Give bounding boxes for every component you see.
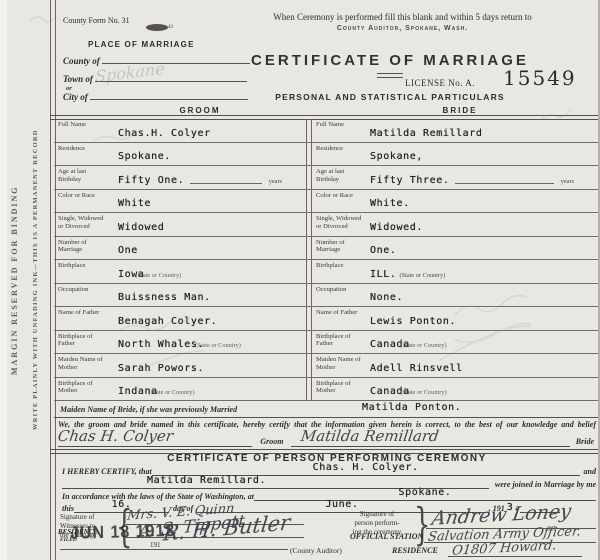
- groom-value: Widowed: [104, 213, 306, 236]
- bride-value: White.: [362, 190, 598, 213]
- year-blank: 191: [150, 541, 161, 549]
- table-row-occupation: Occupation Buissness Man. Occupation Non…: [54, 284, 598, 308]
- table-row-marriage-number: Number of Marriage One Number of Marriag…: [54, 237, 598, 261]
- place-of-marriage-heading: PLACE OF MARRIAGE: [88, 40, 195, 49]
- row-label: Number of Marriage: [312, 237, 362, 260]
- bride-signature-label: Bride: [570, 437, 596, 447]
- row-label: Single, Widowed or Divorced: [54, 213, 104, 236]
- official-station-label: OFFICIAL STATION: [350, 532, 423, 541]
- row-label: Residence: [54, 143, 104, 166]
- row-label: Number of Marriage: [54, 237, 104, 260]
- typed-entry: Spokane.: [118, 151, 171, 162]
- union-label-number: 43: [168, 25, 173, 30]
- groom-value: White: [104, 190, 306, 213]
- table-row-residence: Residence Spokane. Residence Spokane,: [54, 143, 598, 167]
- couple-signature-line: Chas H. Colyer Groom Matilda Remillard B…: [58, 430, 596, 447]
- typed-entry: Adell Rinsvell: [370, 363, 463, 374]
- bride-value: One.: [362, 237, 598, 260]
- bride-value: Matilda Remillard: [362, 119, 598, 142]
- table-row-full-name: Full Name Chas.H. Colyer Full Name Matil…: [54, 119, 598, 143]
- typed-entry: Lewis Ponton.: [370, 316, 456, 327]
- filed-stamp: JUN 18 1913: [70, 524, 175, 542]
- printed-suffix: years: [561, 178, 574, 185]
- row-label: Occupation: [312, 284, 362, 307]
- return-instructions: When Ceremony is performed fill this bla…: [230, 12, 575, 22]
- typed-entry: White.: [370, 198, 410, 209]
- city-of-label: City of: [63, 92, 248, 102]
- maiden-name-row: Maiden Name of Bride, if she was previou…: [54, 401, 598, 418]
- groom-value: Iowa(State or Country): [104, 260, 306, 283]
- printed-suffix: (State or Country): [399, 272, 445, 279]
- margin-binding-text: MARGIN RESERVED FOR BINDING: [10, 0, 19, 560]
- county-auditor-label: (County Auditor): [290, 546, 342, 555]
- typed-entry: Fifty One.: [118, 175, 184, 186]
- groom-value: Fifty One.years: [104, 166, 306, 189]
- row-label: Birthplace of Mother: [312, 378, 362, 401]
- typed-entry: ILL.: [370, 269, 396, 280]
- residence-right-label: RESIDENCE: [392, 546, 438, 555]
- bride-value: Widowed.: [362, 213, 598, 236]
- row-label: Birthplace of Mother: [54, 378, 104, 401]
- row-label: Color or Race: [312, 190, 362, 213]
- particulars-table: Full Name Chas.H. Colyer Full Name Matil…: [54, 119, 598, 401]
- table-row-age: Age at last Birthday Fifty One.years Age…: [54, 166, 598, 190]
- table-row-birthplace: Birthplace Iowa(State or Country) Birthp…: [54, 260, 598, 284]
- row-label: Age at last Birthday: [54, 166, 104, 189]
- typed-entry: Widowed: [118, 222, 164, 233]
- marriage-certificate: MARGIN RESERVED FOR BINDING WRITE PLAINL…: [0, 0, 600, 560]
- title-flourish: [377, 73, 403, 78]
- table-row-father-birthplace: Birthplace of Father North Whales.(State…: [54, 331, 598, 355]
- auditor-line: [60, 549, 288, 550]
- bride-value: Canada(State or Country): [362, 378, 598, 401]
- typed-entry: Sarah Powors.: [118, 363, 204, 374]
- row-label: Age at last Birthday: [312, 166, 362, 189]
- typed-entry: Matilda Remillard: [370, 128, 483, 139]
- maiden-name-label: Maiden Name of Bride, if she was previou…: [54, 401, 598, 414]
- subtitle: PERSONAL AND STATISTICAL PARTICULARS: [235, 92, 545, 102]
- row-label: Single, Widowed or Divorced: [312, 213, 362, 236]
- printed-suffix: (State or Country): [401, 342, 447, 349]
- row-label: Name of Father: [54, 307, 104, 330]
- row-label: Birthplace: [312, 260, 362, 283]
- row-label: Full Name: [312, 119, 362, 142]
- table-row-color-race: Color or Race White Color or Race White.: [54, 190, 598, 214]
- row-label: Residence: [312, 143, 362, 166]
- certificate-title: CERTIFICATE OF MARRIAGE: [235, 52, 545, 69]
- bride-signature: Matilda Remillard: [300, 427, 440, 445]
- groom-value: Chas.H. Colyer: [104, 119, 306, 142]
- table-row-father-name: Name of Father Benagah Colyer. Name of F…: [54, 307, 598, 331]
- bride-value: None.: [362, 284, 598, 307]
- groom-value: Benagah Colyer.: [104, 307, 306, 330]
- ceremony-bride-name: Matilda Remillard.: [147, 475, 266, 486]
- printed-suffix: (State or Country): [401, 389, 447, 396]
- license-label: LICENSE No. A.: [405, 78, 475, 88]
- typed-entry: One: [118, 245, 138, 256]
- bride-value: Lewis Ponton.: [362, 307, 598, 330]
- printed-suffix: (State or Country): [195, 342, 241, 349]
- typed-entry: None.: [370, 292, 403, 303]
- maiden-name-value: Matilda Ponton.: [362, 402, 461, 413]
- row-label: Maiden Name of Mother: [54, 354, 104, 377]
- groom-signature: Chas H. Colyer: [57, 427, 175, 445]
- form-number: County Form No. 31: [63, 16, 130, 25]
- row-label: Birthplace of Father: [54, 331, 104, 354]
- printed-suffix: (State or Country): [149, 389, 195, 396]
- groom-value: Sarah Powors.: [104, 354, 306, 377]
- row-label: Maiden Name of Mother: [312, 354, 362, 377]
- groom-value: Indana(State or Country): [104, 378, 306, 401]
- printed-suffix: (State or Country): [135, 272, 181, 279]
- groom-value: Spokane.: [104, 143, 306, 166]
- this-label: this: [62, 504, 74, 513]
- groom-signature-label: Groom: [252, 437, 291, 447]
- typed-entry: Chas.H. Colyer: [118, 128, 211, 139]
- row-label: Occupation: [54, 284, 104, 307]
- typed-entry: Widowed.: [370, 222, 423, 233]
- margin-permanent-text: WRITE PLAINLY WITH UNFADING INK—THIS IS …: [32, 0, 39, 560]
- row-label: Birthplace: [54, 260, 104, 283]
- groom-column-header: GROOM: [150, 106, 250, 115]
- table-row-marital-status: Single, Widowed or Divorced Widowed Sing…: [54, 213, 598, 237]
- typed-entry: Benagah Colyer.: [118, 316, 217, 327]
- license-number: 15549: [503, 66, 577, 90]
- row-label: Name of Father: [312, 307, 362, 330]
- groom-value: Buissness Man.: [104, 284, 306, 307]
- scan-edge-left: [0, 0, 7, 560]
- bride-value: Canada(State or Country): [362, 331, 598, 354]
- bride-value: Fifty Three.years: [362, 166, 598, 189]
- row-label: Birthplace of Father: [312, 331, 362, 354]
- typed-entry: North Whales.: [118, 339, 204, 350]
- or-label: or: [66, 85, 72, 92]
- typed-entry: Spokane,: [370, 151, 423, 162]
- table-row-mother-name: Maiden Name of Mother Sarah Powors. Maid…: [54, 354, 598, 378]
- table-row-mother-birthplace: Birthplace of Mother Indana(State or Cou…: [54, 378, 598, 402]
- return-address: County Auditor, Spokane, Wash.: [230, 25, 575, 32]
- bride-value: ILL.(State or Country): [362, 260, 598, 283]
- row-label: Full Name: [54, 119, 104, 142]
- groom-value: North Whales.(State or Country): [104, 331, 306, 354]
- bride-value: Adell Rinsvell: [362, 354, 598, 377]
- printed-suffix: years: [269, 178, 282, 185]
- bride-value: Spokane,: [362, 143, 598, 166]
- typed-entry: Buissness Man.: [118, 292, 211, 303]
- row-label: Color or Race: [54, 190, 104, 213]
- typed-entry: White: [118, 198, 151, 209]
- typed-entry: One.: [370, 245, 396, 256]
- and-label: and: [580, 467, 596, 476]
- typed-entry: Fifty Three.: [370, 175, 449, 186]
- ceremony-month: June.: [325, 499, 358, 510]
- bride-column-header: BRIDE: [410, 106, 510, 115]
- groom-value: One: [104, 237, 306, 260]
- union-label-icon: 43: [146, 18, 173, 36]
